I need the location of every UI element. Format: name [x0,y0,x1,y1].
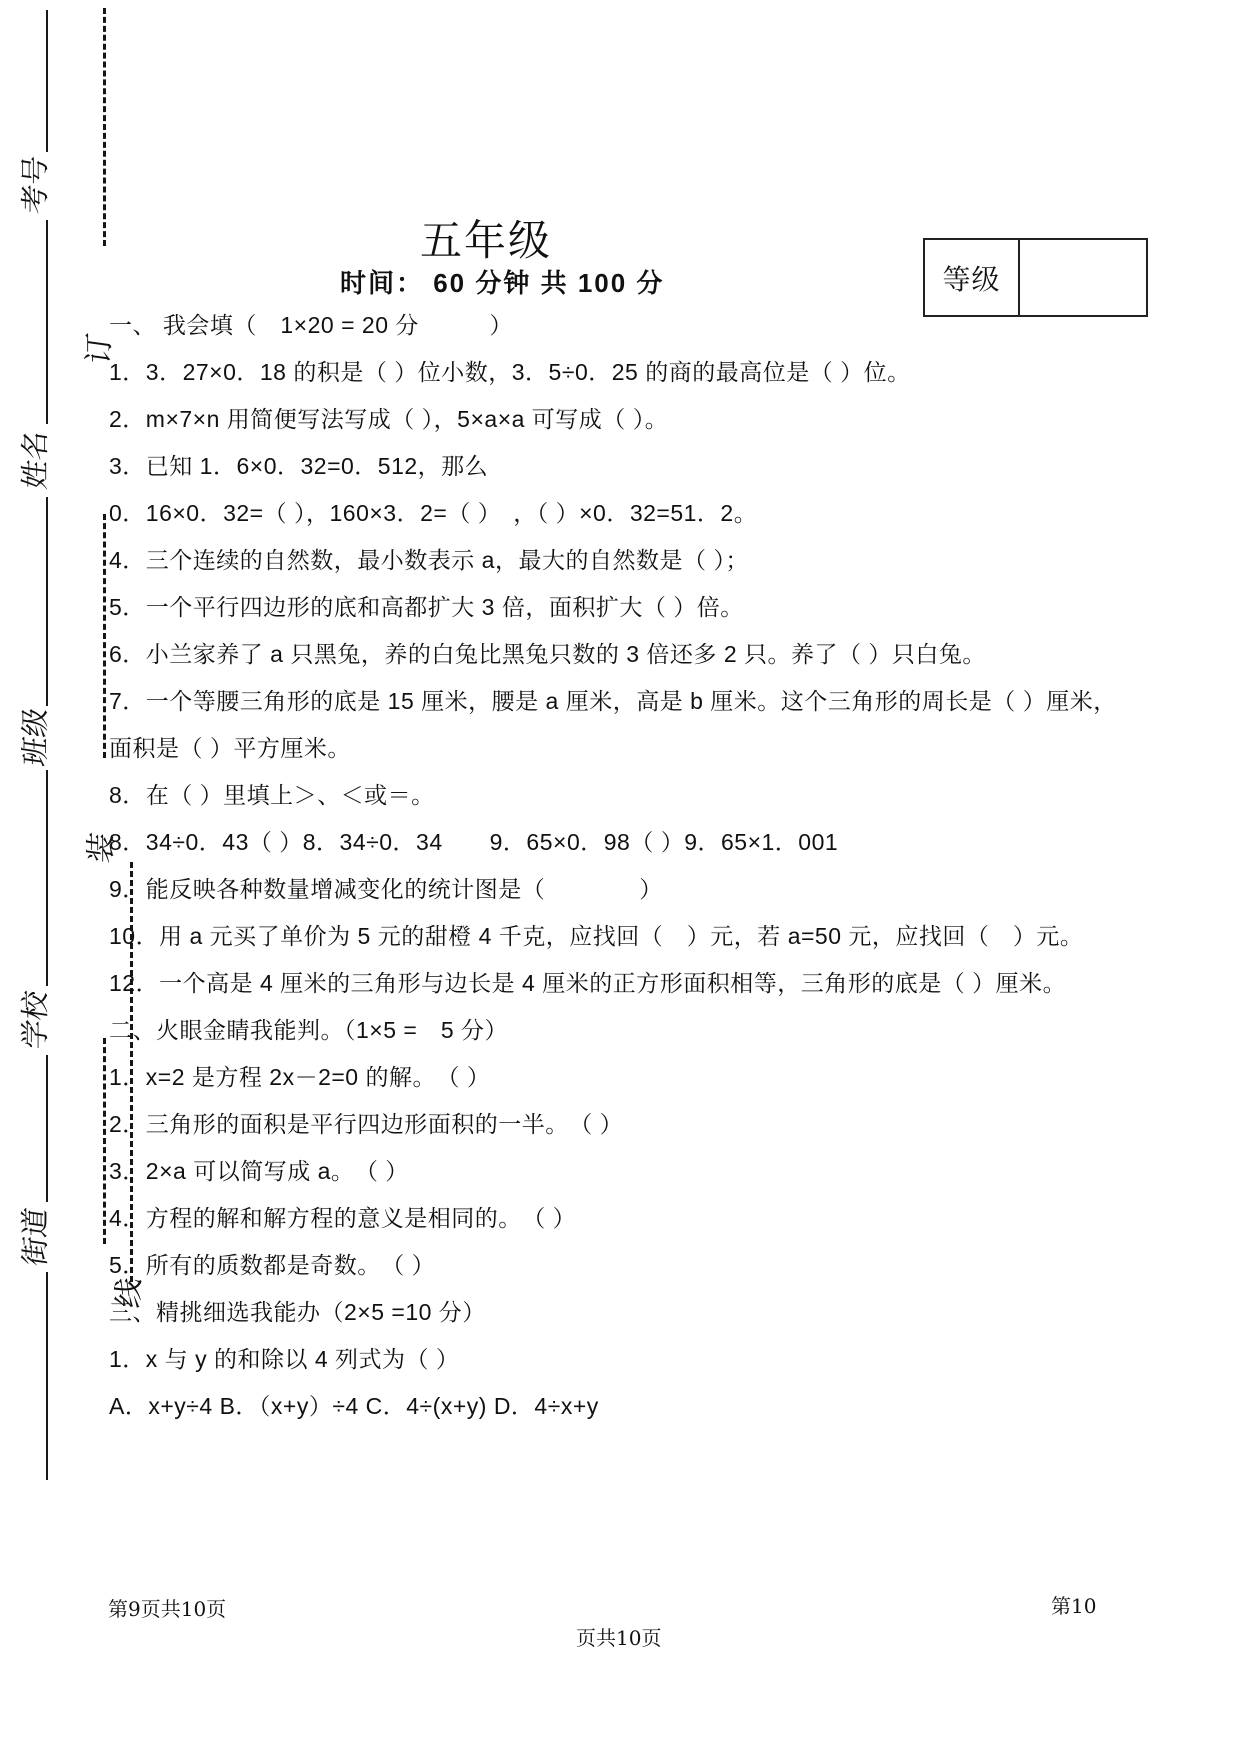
binding-dashed-line [103,8,106,246]
footer-page-number-right: 第10 [1051,1595,1096,1617]
question-line: 3．已知 1．6×0．32=0．512，那么 [109,443,1189,490]
question-line: 12．一个高是 4 厘米的三角形与边长是 4 厘米的正方形面积相等，三角形的底是… [109,960,1189,1007]
question-line: 8．在（ ）里填上＞、＜或＝。 [109,772,1189,819]
question-line: 9．能反映各种数量增减变化的统计图是（ ） [109,866,1189,913]
question-line: 6．小兰家养了 a 只黑兔，养的白兔比黑兔只数的 3 倍还多 2 只。养了（ ）… [109,631,1189,678]
question-line: 1．x=2 是方程 2x－2=0 的解。 （ ） [109,1054,1189,1101]
margin-field-school: 学校 [19,983,51,1057]
question-line: 面积是（ ）平方厘米。 [109,725,1189,772]
binding-dashed-line [103,1038,106,1244]
margin-field-street: 街道 [19,1200,51,1274]
question-line: 8．34÷0．43（ ）8．34÷0．34 9．65×0．98（ ）9．65×1… [109,819,1189,866]
question-line: 一、 我会填（ 1×20 = 20 分 ） [109,302,1189,349]
question-line: 2．m×7×n 用简便写法写成（ ），5×a×a 可写成（ ）。 [109,396,1189,443]
question-line: 7．一个等腰三角形的底是 15 厘米，腰是 a 厘米，高是 b 厘米。这个三角形… [109,678,1189,725]
question-line: 2．三角形的面积是平行四边形面积的一半。 （ ） [109,1101,1189,1148]
margin-field-exam-number: 考号 [19,148,51,222]
question-line: 三、精挑细选我能办（2×5 =10 分） [109,1289,1189,1336]
margin-line-segment [46,1055,48,1202]
question-line: 1．x 与 y 的和除以 4 列式为（ ） [109,1336,1189,1383]
binding-dashed-line [103,514,106,758]
margin-field-class: 班级 [19,700,51,774]
question-line: 二、火眼金睛我能判。（1×5 = 5 分） [109,1007,1189,1054]
exam-time-score-line: 时间： 60 分钟 共 100 分 [340,268,664,299]
margin-line-segment [46,10,48,152]
question-line: 1．3．27×0．18 的积是（ ）位小数，3．5÷0．25 的商的最高位是（ … [109,349,1189,396]
question-line: 4．方程的解和解方程的意义是相同的。 （ ） [109,1195,1189,1242]
margin-line-segment [46,770,48,986]
question-line: 5．一个平行四边形的底和高都扩大 3 倍，面积扩大（ ）倍。 [109,584,1189,631]
question-line: 4．三个连续的自然数，最小数表示 a，最大的自然数是（ ）； [109,537,1189,584]
margin-line-segment [46,1272,48,1480]
question-line: A．x+y÷4 B．（x+y）÷4 C．4÷(x+y) D．4÷x+y [109,1383,1189,1430]
question-line: 10．用 a 元买了单价为 5 元的甜橙 4 千克，应找回（ ）元，若 a=50… [109,913,1189,960]
question-list: 一、 我会填（ 1×20 = 20 分 ）1．3．27×0．18 的积是（ ）位… [109,302,1189,1430]
margin-line-segment [46,220,48,424]
question-line: 0．16×0．32=（ ），160×3．2=（ ） ，（ ）×0．32=51．2… [109,490,1189,537]
footer-page-number-center: 页共10页 [576,1627,661,1649]
margin-line-segment [46,497,48,706]
footer-page-number-left: 第9页共10页 [108,1598,226,1620]
question-line: 3．2×a 可以简写成 a。 （ ） [109,1148,1189,1195]
question-line: 5．所有的质数都是奇数。 （ ） [109,1242,1189,1289]
page-title: 五年级 [420,218,552,264]
exam-paper-page: 考号 姓名 班级 学校 街道 订 装 线 五年级 时间： 60 分钟 共 100… [0,0,1241,1754]
margin-field-name: 姓名 [19,423,51,497]
